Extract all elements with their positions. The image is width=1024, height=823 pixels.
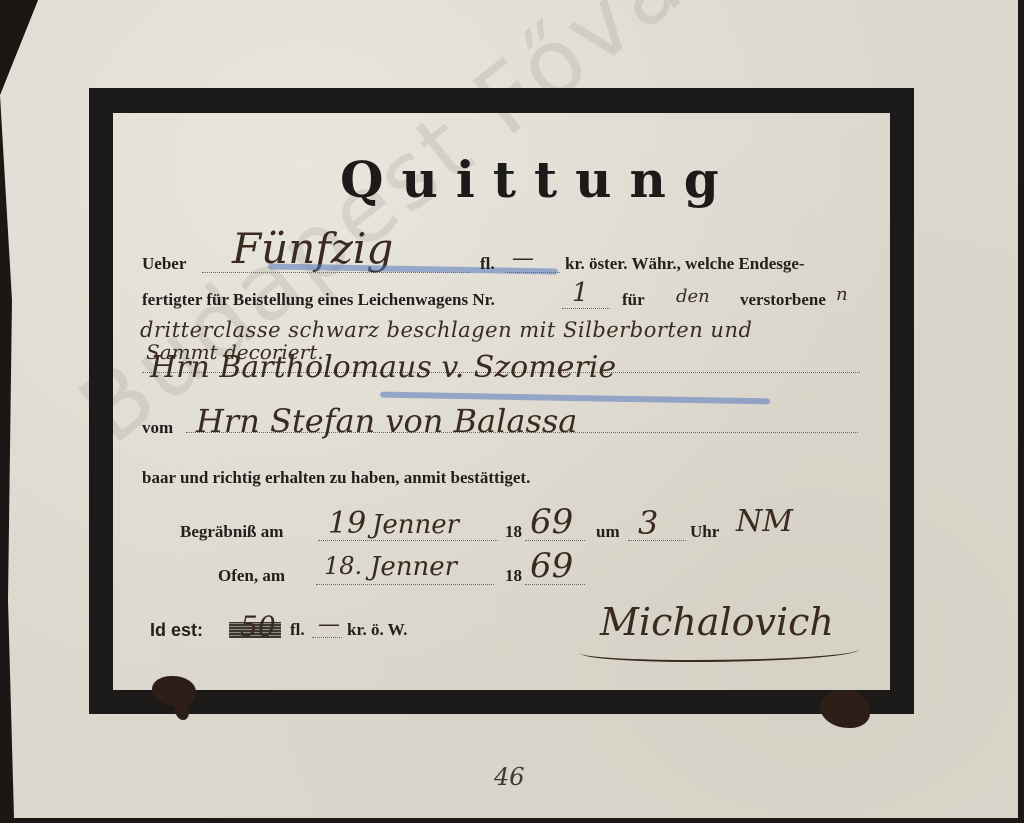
scan-edge-bottom (0, 818, 1024, 823)
printed-line1-suffix: kr. öster. Währ., welche Endesge- (565, 254, 805, 274)
printed-burial-year-prefix: 18 (505, 522, 522, 542)
handwritten-place-day: 18. (324, 552, 362, 580)
printed-idest-suffix: kr. ö. W. (347, 620, 407, 640)
printed-burial-um: um (596, 522, 620, 542)
place-date-rule (316, 584, 494, 585)
handwritten-article: den (676, 286, 710, 307)
receipt-paper: Budapest Főváros Levéltára Quittung Uebe… (0, 0, 1018, 818)
kreuzer-rule (505, 272, 560, 273)
idest-kreuzer-rule (312, 637, 342, 638)
printed-fl: fl. (480, 254, 495, 274)
handwritten-burial-year: 69 (530, 502, 573, 542)
printed-place-year-prefix: 18 (505, 566, 522, 586)
signature: Michalovich (600, 600, 834, 644)
handwritten-place-year: 69 (530, 546, 573, 586)
handwritten-idest-kr: — (318, 612, 340, 637)
handwritten-burial-day: 19 (328, 506, 366, 541)
document-title: Quittung (340, 150, 737, 209)
handwritten-place-month: Jenner (370, 552, 457, 582)
printed-burial-uhr: Uhr (690, 522, 719, 542)
handwritten-burial-ampm: NM (736, 504, 793, 539)
archive-page-number: 46 (494, 763, 525, 791)
scan-edge-right (1018, 0, 1024, 823)
wagon-number-rule (562, 308, 610, 309)
handwritten-kreuzer: — (512, 246, 534, 271)
ink-blot-right (820, 690, 870, 728)
printed-vom: vom (142, 418, 173, 438)
printed-ueber: Ueber (142, 254, 186, 274)
printed-fuer: für (622, 290, 645, 310)
handwritten-wagon-number: 1 (572, 278, 589, 308)
handwritten-burial-month: Jenner (372, 510, 459, 540)
handwritten-burial-hour: 3 (638, 504, 658, 542)
handwritten-payer-name: Hrn Stefan von Balassa (196, 402, 577, 440)
handwritten-description-line1: dritterclasse schwarz beschlagen mit Sil… (140, 318, 752, 342)
handwritten-line2-end: n (836, 284, 848, 305)
ink-drip-left (175, 700, 189, 720)
printed-verstorbene: verstorbene (740, 290, 826, 310)
printed-burial-label: Begräbniß am (180, 522, 283, 542)
printed-place-label: Ofen, am (218, 566, 285, 586)
handwritten-deceased-name: Hrn Bartholomaus v. Szomerie (150, 350, 616, 385)
handwritten-idest-fl: 50 (240, 610, 276, 643)
printed-idest-fl: fl. (290, 620, 305, 640)
printed-confirmation: baar und richtig erhalten zu haben, anmi… (142, 468, 530, 488)
printed-idest-label: Id est: (150, 620, 203, 641)
printed-line2: fertigter für Beistellung eines Leichenw… (142, 290, 495, 310)
